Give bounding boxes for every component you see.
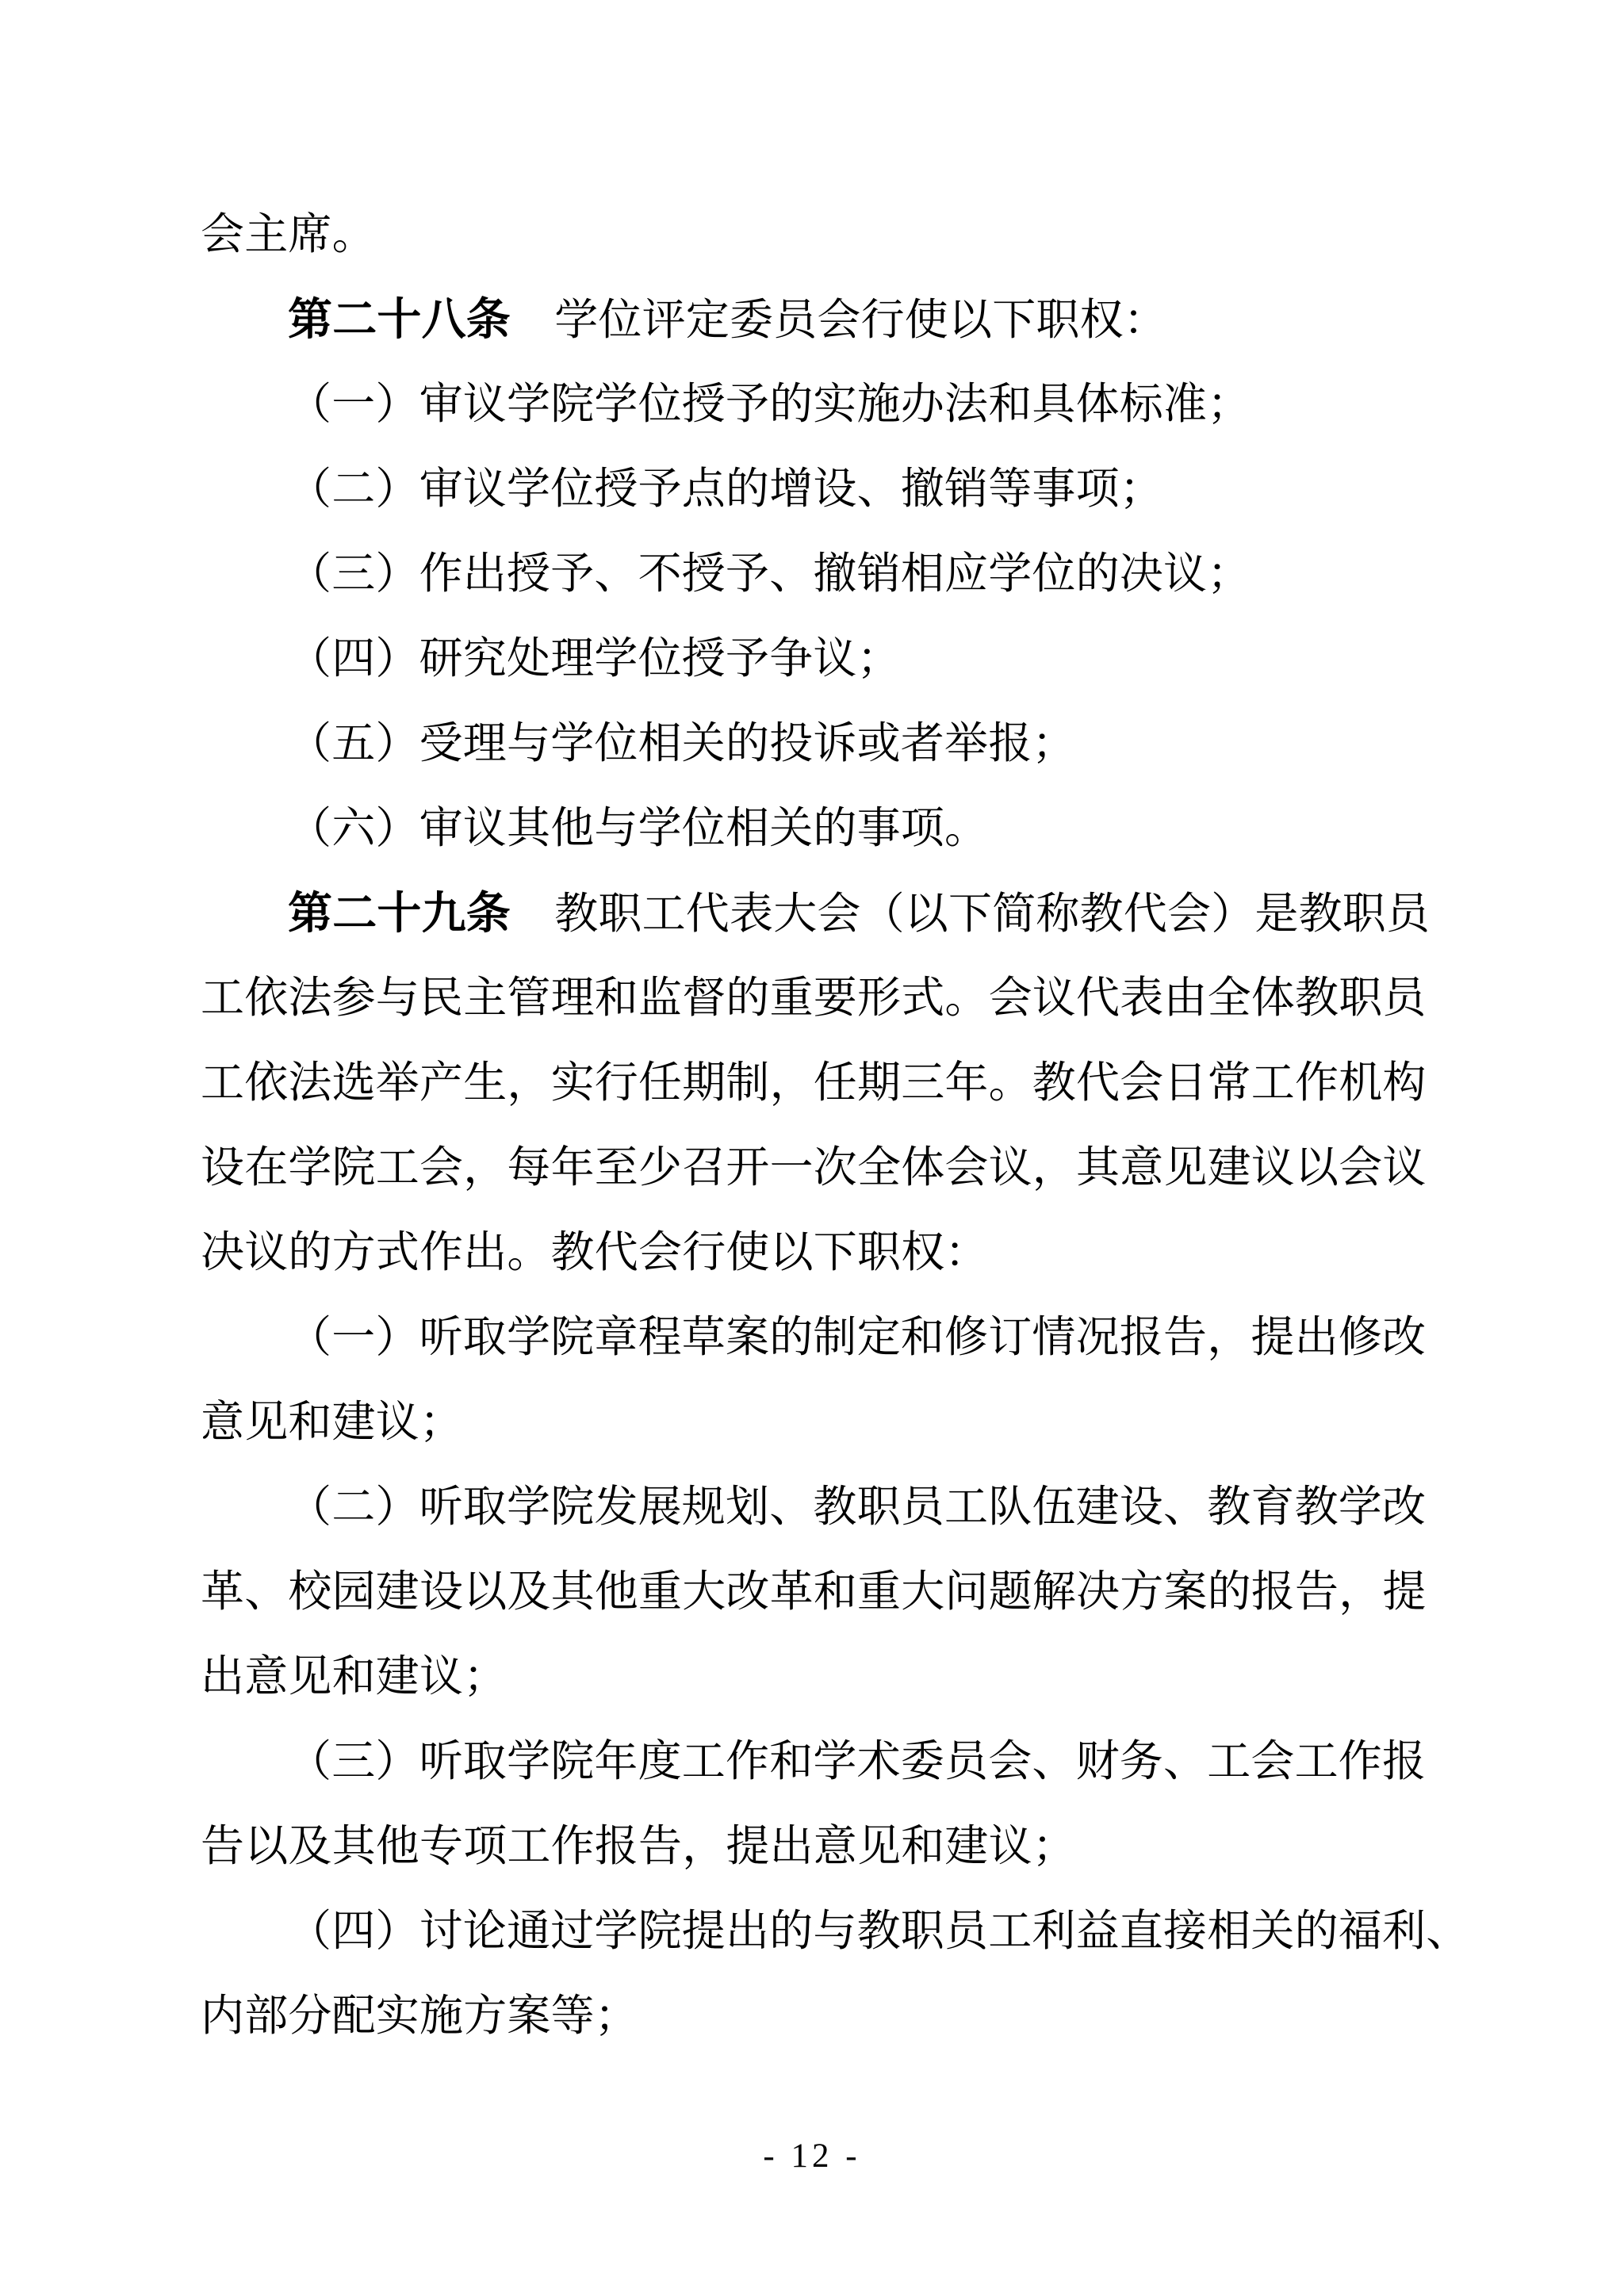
text-line: 工依法参与民主管理和监督的重要形式。会议代表由全体教职员 — [201, 955, 1454, 1040]
text-run: 设在学院工会，每年至少召开一次全体会议，其意见建议以会议 — [201, 1143, 1427, 1192]
text-run: 意见和建议； — [201, 1398, 463, 1446]
text-line: （四）讨论通过学院提出的与教职员工利益直接相关的福利、 — [201, 1888, 1454, 1973]
text-run: （一）审议学院学位授予的实施办法和具体标准； — [288, 380, 1251, 428]
text-run: 内部分配实施方案等； — [201, 1992, 638, 2040]
text-line: 第二十九条 教职工代表大会（以下简称教代会）是教职员 — [201, 871, 1454, 955]
text-line: 革、校园建设以及其他重大改革和重大问题解决方案的报告，提 — [201, 1549, 1454, 1634]
text-run: 工依法选举产生，实行任期制，任期三年。教代会日常工作机构 — [201, 1058, 1427, 1107]
document-page: 会主席。第二十八条 学位评定委员会行使以下职权：（一）审议学院学位授予的实施办法… — [0, 0, 1624, 2296]
document-body: 会主席。第二十八条 学位评定委员会行使以下职权：（一）审议学院学位授予的实施办法… — [201, 192, 1454, 2058]
text-line: （三）听取学院年度工作和学术委员会、财务、工会工作报 — [201, 1719, 1454, 1804]
text-run: 出意见和建议； — [201, 1652, 507, 1701]
text-run: 学位评定委员会行使以下职权： — [511, 296, 1167, 344]
text-line: 内部分配实施方案等； — [201, 1973, 1454, 2058]
text-run: （四）讨论通过学院提出的与教职员工利益直接相关的福利、 — [288, 1907, 1469, 1955]
text-line: 第二十八条 学位评定委员会行使以下职权： — [201, 277, 1454, 362]
text-line: （一）审议学院学位授予的实施办法和具体标准； — [201, 362, 1454, 446]
text-run: 工依法参与民主管理和监督的重要形式。会议代表由全体教职员 — [201, 974, 1427, 1022]
text-run: （一）听取学院章程草案的制定和修订情况报告，提出修改 — [288, 1313, 1426, 1361]
text-line: （一）听取学院章程草案的制定和修订情况报告，提出修改 — [201, 1295, 1454, 1380]
text-line: 设在学院工会，每年至少召开一次全体会议，其意见建议以会议 — [201, 1125, 1454, 1210]
text-run: 会主席。 — [201, 210, 376, 258]
text-run: 决议的方式作出。教代会行使以下职权： — [201, 1228, 989, 1276]
text-line: 告以及其他专项工作报告，提出意见和建议； — [201, 1804, 1454, 1888]
page-number: - 12 - — [763, 2137, 860, 2175]
text-run: （三）听取学院年度工作和学术委员会、财务、工会工作报 — [288, 1737, 1426, 1785]
text-run: （二）听取学院发展规划、教职员工队伍建设、教育教学改 — [288, 1483, 1426, 1531]
article-number: 第二十九条 — [288, 888, 511, 938]
text-run: （三）作出授予、不授予、撤销相应学位的决议； — [288, 549, 1251, 598]
text-line: 意见和建议； — [201, 1380, 1454, 1464]
article-number: 第二十八条 — [288, 294, 511, 344]
text-run: （二）审议学位授予点的增设、撤销等事项； — [288, 465, 1163, 513]
text-run: 告以及其他专项工作报告，提出意见和建议； — [201, 1822, 1076, 1870]
text-run: 教职工代表大会（以下简称教代会）是教职员 — [511, 890, 1430, 938]
text-run: （六）审议其他与学位相关的事项。 — [288, 804, 988, 852]
text-line: （六）审议其他与学位相关的事项。 — [201, 786, 1454, 871]
text-line: （二）审议学位授予点的增设、撤销等事项； — [201, 446, 1454, 531]
text-line: （二）听取学院发展规划、教职员工队伍建设、教育教学改 — [201, 1464, 1454, 1549]
text-run: （四）研究处理学位授予争议； — [288, 634, 901, 683]
text-line: （四）研究处理学位授予争议； — [201, 616, 1454, 701]
text-line: 会主席。 — [201, 192, 1454, 277]
text-line: 决议的方式作出。教代会行使以下职权： — [201, 1210, 1454, 1295]
text-line: 出意见和建议； — [201, 1634, 1454, 1719]
page-footer: - 12 - — [0, 2134, 1624, 2179]
text-line: （三）作出授予、不授予、撤销相应学位的决议； — [201, 531, 1454, 616]
text-run: 革、校园建设以及其他重大改革和重大问题解决方案的报告，提 — [201, 1567, 1427, 1616]
text-run: （五）受理与学位相关的投诉或者举报； — [288, 719, 1076, 767]
text-line: （五）受理与学位相关的投诉或者举报； — [201, 701, 1454, 786]
text-line: 工依法选举产生，实行任期制，任期三年。教代会日常工作机构 — [201, 1040, 1454, 1125]
